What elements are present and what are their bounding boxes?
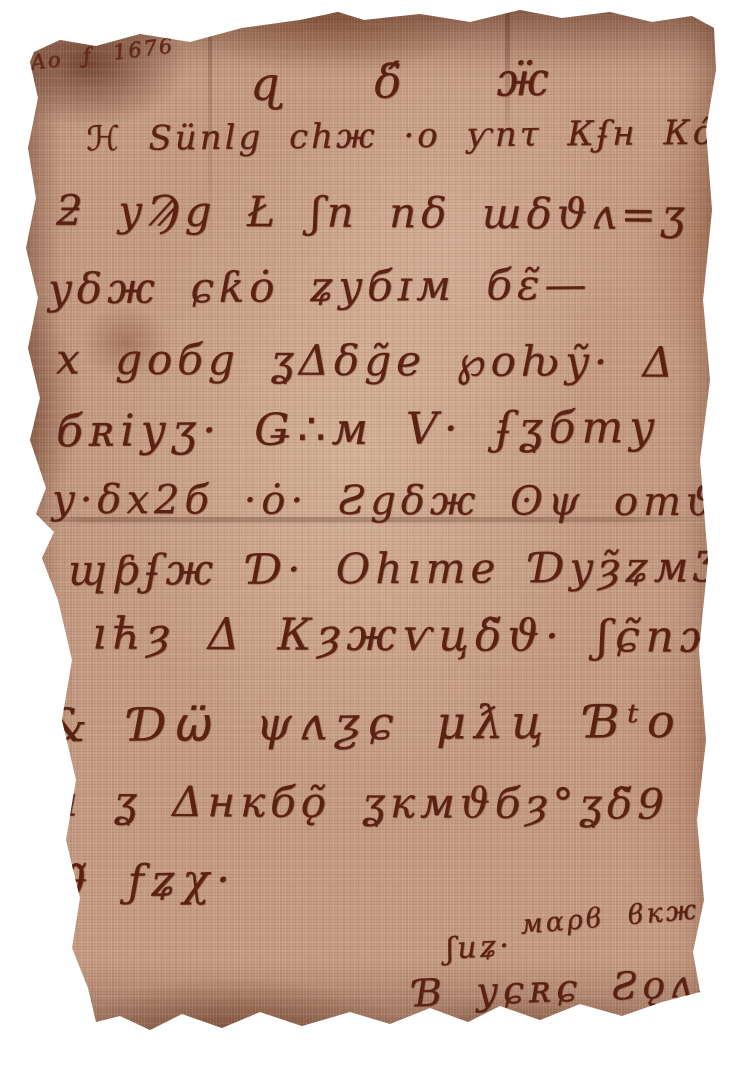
signature-line-1: мɑρϐ ϐкж: [519, 894, 700, 941]
manuscript-paper: Ao ƒ 1676 ɋ δ́ ӝ ℋ Sünlg chж ·o ƴпτ Кʄн …: [0, 0, 740, 1070]
cipher-line-5: бʀiyʒ· Ǥ∴м V· ʄʓбmу: [56, 402, 661, 457]
photo-background: Ao ƒ 1676 ɋ δ́ ӝ ℋ Sünlg chж ·o ƴпτ Кʄн …: [0, 0, 740, 1070]
date-inscription: Ao ƒ 1676: [29, 33, 175, 74]
signature-line-2: ʃиʑ·: [445, 928, 513, 966]
cipher-line-10: ɯ ʓ Δнкбǫ̃ ʓкмϑбȝ°ʓδ̃9: [38, 776, 669, 828]
signature-line-3: Ɓ yɕʀɕ Ƨǫʌ9: [413, 961, 726, 1016]
cipher-line-4: х gобg ʓΔδg̃e ℘оƕỹ· Δ: [56, 334, 678, 386]
cipher-line-1: ℋ Sünlg chж ·o ƴпτ Кʄн Кő: [86, 113, 717, 160]
cipher-line-2: ƻ yϠg Ł ʃn nδ шδϑʌ=ʒ: [56, 186, 690, 239]
cipher-line-8: ʄ̈ ıћȝ Δ Кȝжѵцδ̃ϑ· ʃɕ̃пж: [38, 608, 736, 663]
cipher-line-7: ɰƥʄж Ɗ· Ohıme Ɗyȝ̃ʑмƷ: [68, 542, 722, 594]
header-symbols: ɋ δ́ ӝ: [250, 51, 584, 111]
cipher-line-3: yδж ɕƙȯ ʑyбɪм бɛ̃—: [48, 260, 592, 314]
cipher-line-9: & Ɗѡ̈ ψʌƺɕ μƛц Ɓᵗо: [46, 694, 683, 752]
cipher-line-11: ϑ̃ ƒʑχ·: [56, 854, 238, 908]
cipher-line-6: y·δх2б ·ȯ· Ƨgδж ʘψ оmϑ̃…: [52, 477, 740, 525]
